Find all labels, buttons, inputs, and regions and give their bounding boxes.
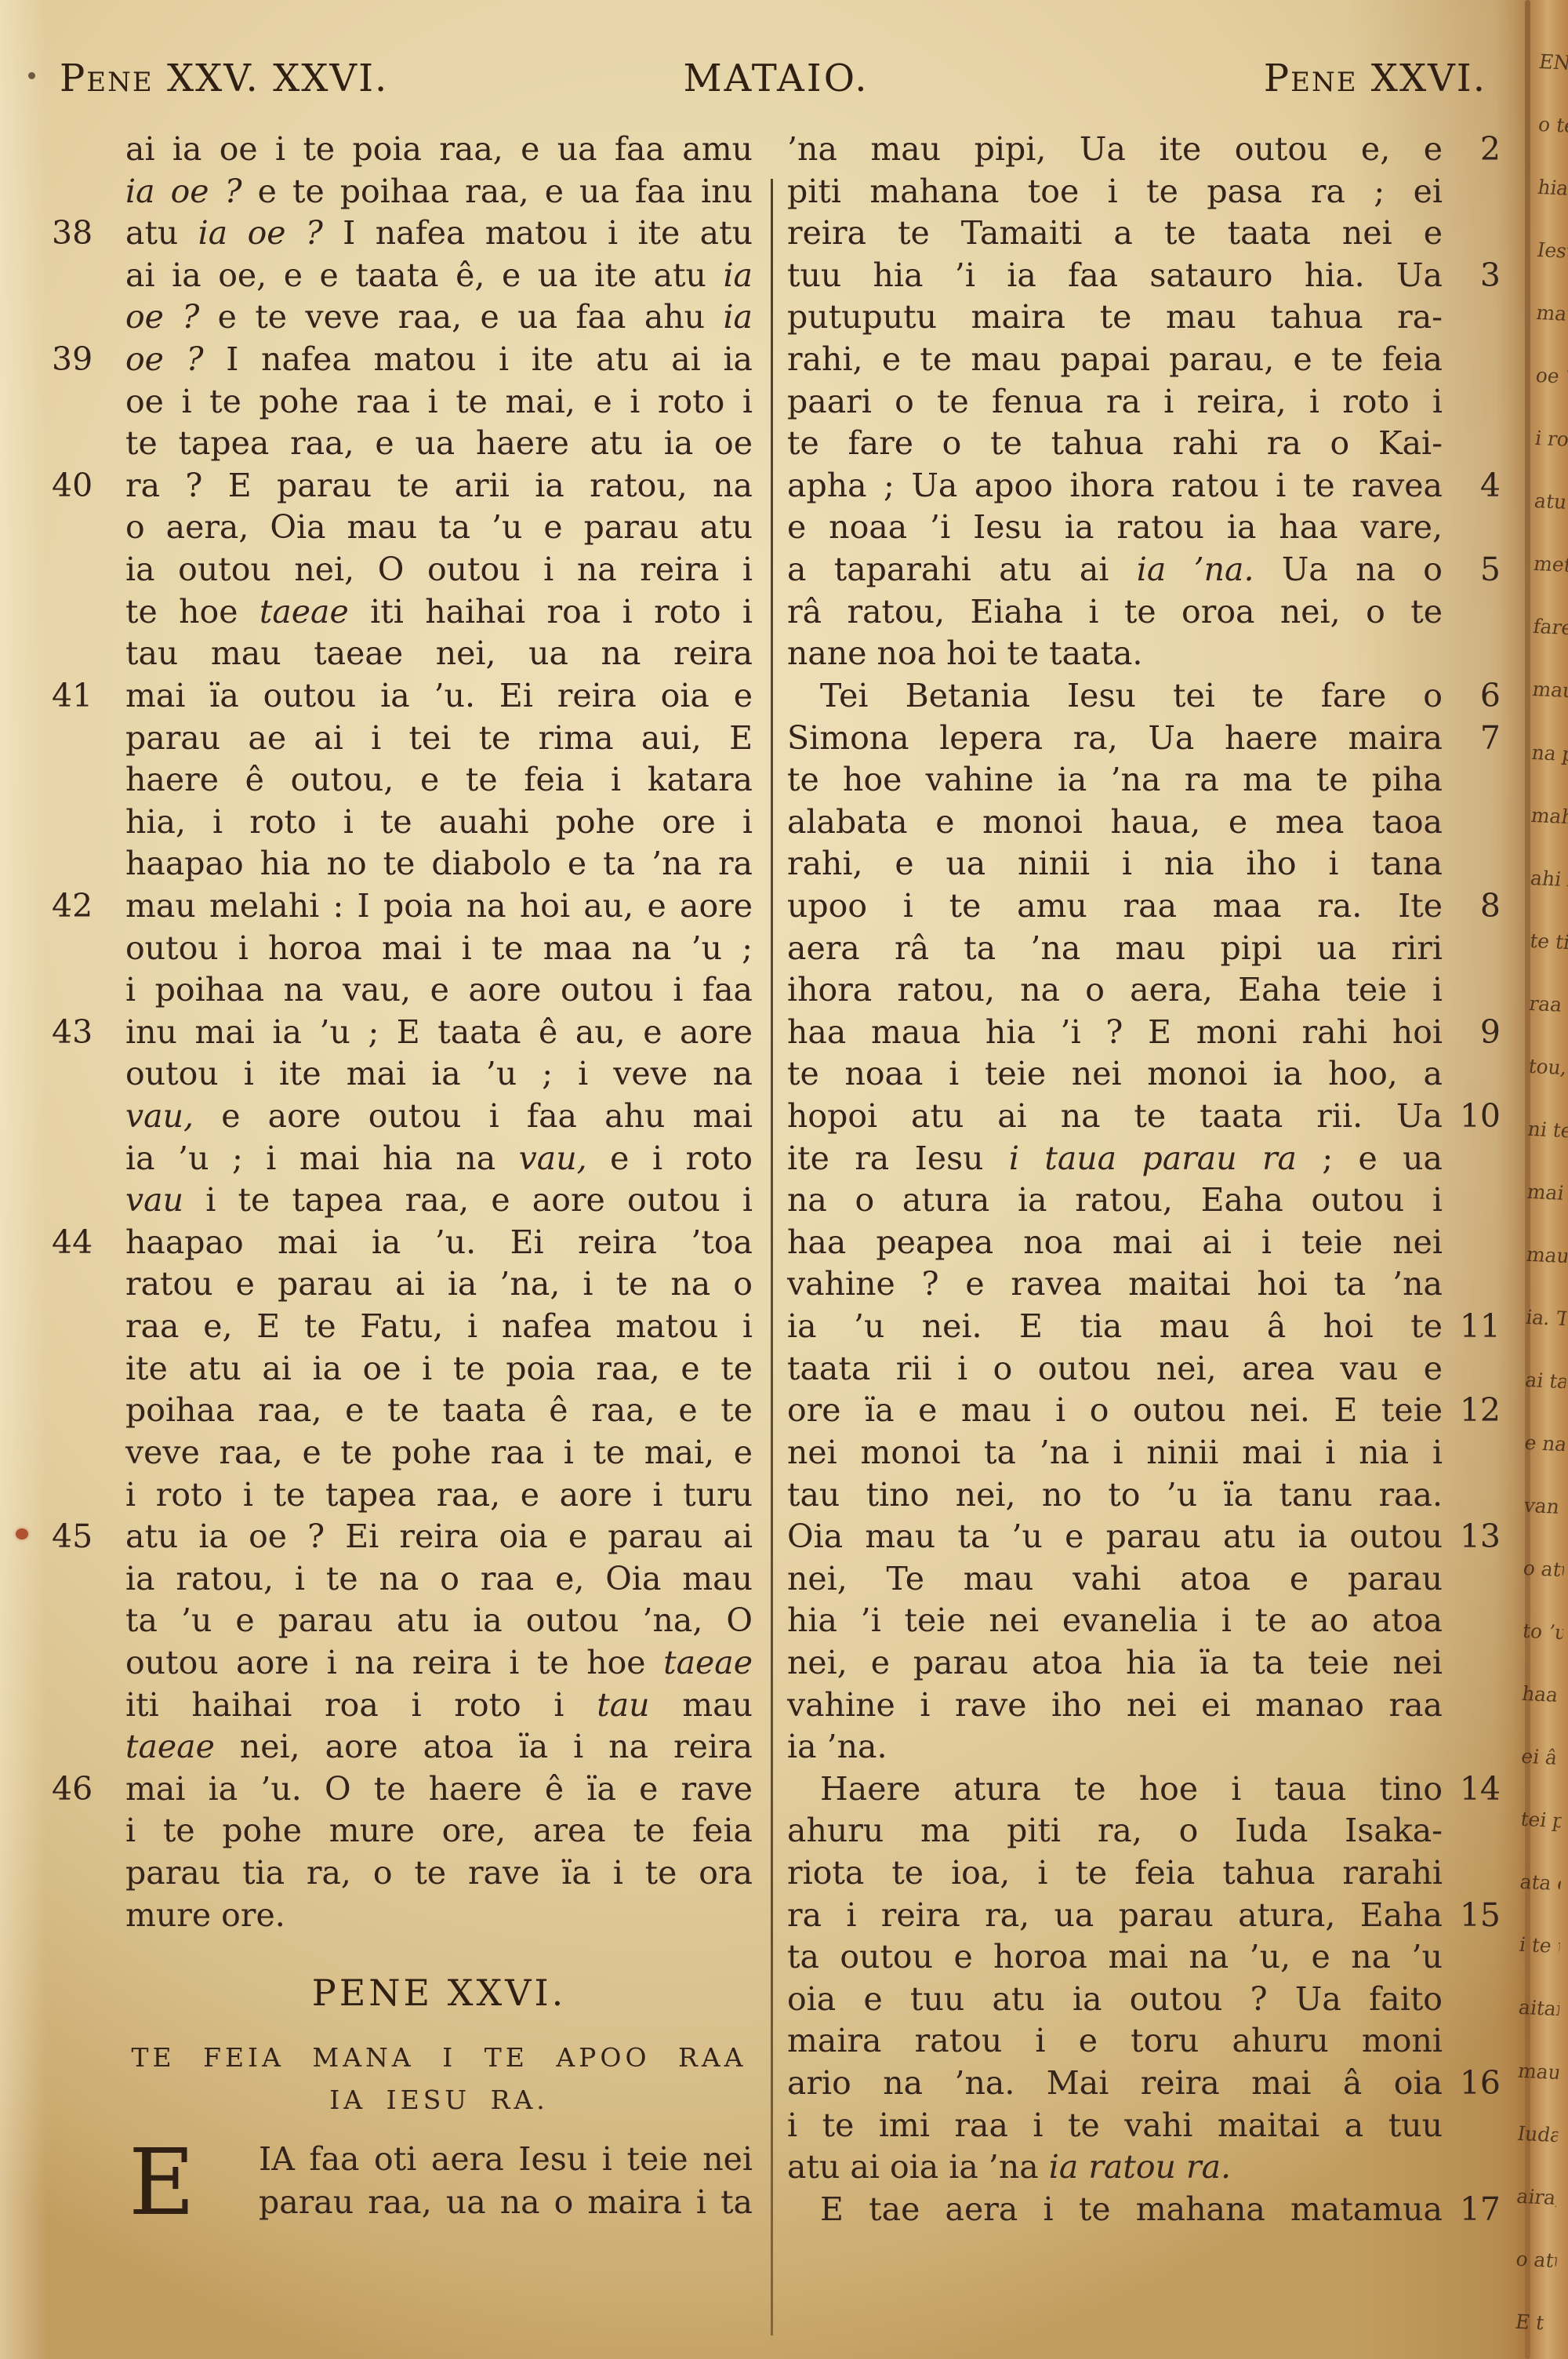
text-line: alabata e monoi haua, e mea taoa: [787, 801, 1443, 844]
text-line: i roto i te tapea raa, e aore i turu: [125, 1474, 753, 1517]
text-line: veve raa, e te pohe raa i te mai, e: [125, 1432, 753, 1474]
text-line: ra i reira ra, ua parau atura, Eaha15: [787, 1895, 1443, 1937]
text-line: outou i ite mai ia ’u ; i veve na: [125, 1053, 753, 1096]
verse-number: 16: [1460, 2063, 1501, 2105]
text-line: reira te Tamaiti a te taata nei e: [787, 213, 1443, 255]
chapter-heading: PENE XXVI.: [125, 1972, 753, 2014]
text-line: te hoe vahine ia ’na ra ma te piha: [787, 759, 1443, 801]
text-line: iti haihai roa i roto i tau mau: [125, 1685, 753, 1727]
edge-text-fragment: oe ?: [1534, 365, 1568, 388]
edge-text-fragment: ai tahi: [1523, 1369, 1567, 1393]
text-line: vau, e aore outou i faa ahu mai: [125, 1096, 753, 1138]
right-column-text: ’na mau pipi, Ua ite outou e, e2piti mah…: [787, 129, 1443, 2230]
text-line: ai ia oe, e e taata ê, e ua ite atu ia: [125, 255, 753, 297]
verse-number: 43: [52, 1012, 93, 1054]
edge-text-fragment: ni te: [1526, 1118, 1568, 1142]
text-line: oe i te pohe raa i te mai, e i roto i: [125, 381, 753, 423]
text-line: i te pohe mure ore, area te feia: [125, 1810, 753, 1852]
text-line: hia, i roto i te auahi pohe ore i: [125, 801, 753, 844]
text-line: piti mahana toe i te pasa ra ; ei: [787, 171, 1443, 213]
edge-text-fragment: metua,: [1532, 553, 1568, 576]
text-line: i te imi raa i te vahi maitai a tuu: [787, 2105, 1443, 2147]
edge-text-fragment: ahi iho: [1529, 867, 1568, 890]
text-line: nei monoi ta ’na i ninii mai i nia i: [787, 1432, 1443, 1474]
edge-text-fragment: ENE X: [1537, 52, 1568, 75]
text-line: mure ore.: [125, 1895, 753, 1937]
text-line: na o atura ia ratou, Eaha outou i: [787, 1179, 1443, 1222]
text-line: atu ia oe ? Ei reira oia e parau ai45: [125, 1516, 753, 1558]
edge-text-fragment: mau n: [1516, 2059, 1560, 2083]
edge-text-fragment: o te: [1537, 114, 1568, 137]
edge-text-fragment: tei pap: [1519, 1808, 1563, 1832]
next-page-edge: ENE Xo tehia rIesu rmauaoe ?i rotoatu ai…: [1496, 0, 1568, 2359]
edge-text-fragment: fare na: [1531, 616, 1568, 639]
text-line: a taparahi atu ai ia ’na. Ua na o5: [787, 549, 1443, 591]
text-line: oe ? I nafea matou i ite atu ai ia39: [125, 339, 753, 381]
edge-text-fragment: ia. T: [1524, 1307, 1568, 1330]
edge-text-fragment: maua: [1535, 302, 1568, 325]
text-line: te fare o te tahua rahi ra o Kai-: [787, 423, 1443, 465]
text-line: haa maua hia ’i ? E moni rahi hoi9: [787, 1012, 1443, 1054]
text-line: inu mai ia ’u ; E taata ê au, e aore43: [125, 1012, 753, 1054]
text-line: riota te ioa, i te feia tahua rarahi: [787, 1852, 1443, 1895]
verse-number: 40: [52, 465, 93, 507]
text-line: taata rii i o outou nei, area vau e: [787, 1348, 1443, 1390]
text-line: outou i horoa mai i te maa na ’u ;: [125, 928, 753, 970]
verse-number: 38: [52, 213, 93, 255]
edge-text-fragment: mai te: [1526, 1181, 1568, 1205]
text-line: ta outou e horoa mai na ’u, e na ’u: [787, 1936, 1443, 1979]
text-line: mai ïa outou ia ’u. Ei reira oia e41: [125, 675, 753, 718]
text-line: haa peapea noa mai ai i teie nei: [787, 1222, 1443, 1264]
text-line: E tae aera i te mahana matamua17: [787, 2189, 1443, 2231]
edge-text-fragment: ata e: [1519, 1871, 1563, 1895]
text-line: ia ’u ; i mai hia na vau, e i roto: [125, 1138, 753, 1180]
text-line: nane noa hoi te taata.: [787, 633, 1443, 675]
text-line: ia outou nei, O outou i na reira i: [125, 549, 753, 591]
text-line: parau tia ra, o te rave ïa i te ora: [125, 1852, 753, 1895]
edge-text-fragment: mahona: [1530, 804, 1568, 827]
edge-text-fragment: te tino: [1528, 930, 1568, 954]
verse-number: 6: [1447, 675, 1501, 718]
text-line: Tei Betania Iesu tei te fare o6: [787, 675, 1443, 718]
verse-number: 10: [1460, 1096, 1501, 1138]
text-line: parau raa, ua na o maira i ta: [259, 2181, 753, 2224]
running-head-right: Pene XXVI.: [1082, 56, 1486, 100]
text-line: mau melahi : I poia na hoi au, e aore42: [125, 885, 753, 928]
text-line: Simona lepera ra, Ua haere maira7: [787, 718, 1443, 760]
text-line: nei, e parau atoa hia ïa ta teie nei: [787, 1642, 1443, 1685]
text-line: ite atu ai ia oe i te poia raa, e te: [125, 1348, 753, 1390]
text-line: parau ae ai i tei te rima aui, E: [125, 718, 753, 760]
edge-text-fragment: i roto: [1534, 427, 1568, 451]
text-line: vau i te tapea raa, e aore outou i: [125, 1179, 753, 1222]
text-line: nei, Te mau vahi atoa e parau: [787, 1558, 1443, 1601]
verse-number: 44: [52, 1222, 93, 1264]
text-line: ’na mau pipi, Ua ite outou e, e2: [787, 129, 1443, 171]
text-line: tuu hia ’i ia faa satauro hia. Ua3: [787, 255, 1443, 297]
text-line: taeae nei, aore atoa ïa i na reira: [125, 1726, 753, 1768]
text-line: mai ia ’u. O te haere ê ïa e rave46: [125, 1768, 753, 1811]
running-head-left: Pene XXV. XXVI.: [60, 56, 388, 100]
verse-number: 45: [52, 1516, 93, 1558]
verse-number: 15: [1460, 1895, 1501, 1937]
chapter-opening-lines: IA faa oti aera Iesu i teie neiparau raa…: [259, 2138, 753, 2224]
text-line: vahine i rave iho nei ei manao raa: [787, 1685, 1443, 1727]
text-line: o aera, Oia mau ta ’u e parau atu: [125, 507, 753, 549]
edge-text-fragment: raa ma: [1527, 993, 1568, 1016]
text-line: atu ia oe ? I nafea matou i ite atu38: [125, 213, 753, 255]
text-line: hopoi atu ai na te taata rii. Ua10: [787, 1096, 1443, 1138]
text-line: tau tino nei, no to ’u ïa tanu raa.: [787, 1474, 1443, 1517]
edge-text-fragment: na pipi: [1530, 741, 1568, 765]
text-line: poihaa raa, e te taata ê raa, e te: [125, 1390, 753, 1432]
text-line: atu ai oia ia ’na ia ratou ra.: [787, 2146, 1443, 2189]
verse-number: 13: [1460, 1516, 1501, 1558]
edge-text-fragment: o atu: [1522, 1558, 1566, 1581]
text-line: ahuru ma piti ra, o Iuda Isaka-: [787, 1810, 1443, 1852]
text-line: râ ratou, Eiaha i te oroa nei, o te: [787, 591, 1443, 634]
text-line: paari o te fenua ra i reira, i roto i: [787, 381, 1443, 423]
text-line: ario na ’na. Mai reira mai â oia16: [787, 2063, 1443, 2105]
running-head-title: MATAIO.: [478, 56, 1074, 100]
text-line: ihora ratou, na o aera, Eaha teie i: [787, 969, 1443, 1012]
text-line: Haere atura te hoe i taua tino14: [787, 1768, 1443, 1811]
text-line: vahine ? e ravea maitai hoi ta ’na: [787, 1263, 1443, 1306]
text-line: rahi, e te mau papai parau, e te feia: [787, 339, 1443, 381]
next-page-text-fragments: ENE Xo tehia rIesu rmauaoe ?i rotoatu ai…: [1515, 52, 1568, 2334]
text-line: oe ? e te veve raa, e ua faa ahu ia: [125, 296, 753, 339]
edge-text-fragment: atu ai: [1533, 490, 1568, 514]
left-column-text: ai ia oe i te poia raa, e ua faa amuia o…: [125, 129, 753, 1936]
edge-text-fragment: Iuda: [1515, 2122, 1559, 2146]
verse-number: 12: [1460, 1390, 1501, 1432]
text-line: haapao mai ia ’u. Ei reira ’toa44: [125, 1222, 753, 1264]
edge-text-fragment: o atu: [1515, 2248, 1559, 2271]
edge-text-fragment: aira,: [1515, 2185, 1559, 2208]
text-line: raa e, E te Fatu, i nafea matou i: [125, 1306, 753, 1348]
chapter-subtitle-line2: IA IESU RA.: [125, 2085, 753, 2115]
verse-number: 17: [1427, 2189, 1501, 2231]
verse-number: 39: [52, 339, 93, 381]
text-line: ite ra Iesu i taua parau ra ; e ua: [787, 1138, 1443, 1180]
text-line: ia ’u nei. E tia mau â hoi te11: [787, 1306, 1443, 1348]
verse-number: 41: [52, 675, 93, 718]
text-line: e noaa ’i Iesu ia ratou ia haa vare,: [787, 507, 1443, 549]
book-page-scan: Pene XXV. XXVI. MATAIO. Pene XXVI. ai ia…: [0, 0, 1568, 2359]
text-line: aera râ ta ’na mau pipi ua riri: [787, 928, 1443, 970]
text-line: te tapea raa, e ua haere atu ia oe: [125, 423, 753, 465]
text-line: ia oe ? e te poihaa raa, e ua faa inu: [125, 171, 753, 213]
margin-mark: [16, 1528, 28, 1539]
text-line: hia ’i teie nei evanelia i te ao atoa: [787, 1600, 1443, 1642]
text-line: rahi, e ua ninii i nia iho i tana: [787, 843, 1443, 885]
text-line: Oia mau ta ’u e parau atu ia outou13: [787, 1516, 1443, 1558]
text-line: IA faa oti aera Iesu i teie nei: [259, 2138, 753, 2181]
ink-speck: [28, 72, 35, 79]
text-line: ia ratou, i te na o raa e, Oia mau: [125, 1558, 753, 1601]
text-line: ia ’na.: [787, 1726, 1443, 1768]
edge-text-fragment: tou, ua: [1526, 1056, 1568, 1079]
verse-number: 11: [1460, 1306, 1501, 1348]
text-line: ai ia oe i te poia raa, e ua faa amu: [125, 129, 753, 171]
text-line: apha ; Ua apoo ihora ratou i te ravea4: [787, 465, 1443, 507]
text-line: putuputu maira te mau tahua ra-: [787, 296, 1443, 339]
text-line: te hoe taeae iti haihai roa i roto i: [125, 591, 753, 634]
edge-text-fragment: mau pi: [1530, 678, 1568, 702]
edge-text-fragment: Iesu r: [1535, 239, 1568, 263]
text-line: upoo i te amu raa maa ra. Ite8: [787, 885, 1443, 928]
edge-text-fragment: i te ta: [1518, 1934, 1562, 1957]
text-line: ta ’u e parau atu ia outou ’na, O: [125, 1600, 753, 1642]
text-line: haapao hia no te diabolo e ta ’na ra: [125, 843, 753, 885]
edge-text-fragment: hia r: [1536, 176, 1568, 200]
verse-number: 46: [52, 1768, 93, 1811]
edge-text-fragment: e na o: [1523, 1432, 1566, 1456]
text-line: tau mau taeae nei, ua na reira: [125, 633, 753, 675]
chapter-subtitle-line1: TE FEIA MANA I TE APOO RAA: [125, 2042, 753, 2073]
edge-text-fragment: E t: [1515, 2310, 1558, 2334]
text-line: ra ? E parau te arii ia ratou, na40: [125, 465, 753, 507]
chapter-opening-paragraph: E IA faa oti aera Iesu i teie neiparau r…: [125, 2138, 753, 2224]
text-line: ratou e parau ai ia ’na, i te na o: [125, 1263, 753, 1306]
text-line: i poihaa na vau, e aore outou i faa: [125, 969, 753, 1012]
text-line: outou aore i na reira i te hoe taeae: [125, 1642, 753, 1685]
edge-text-fragment: haa: [1520, 1683, 1564, 1707]
text-line: ore ïa e mau i o outou nei. E teie12: [787, 1390, 1443, 1432]
text-line: te noaa i teie nei monoi ia hoo, a: [787, 1053, 1443, 1096]
text-line: maira ratou i e toru ahuru moni: [787, 2020, 1443, 2063]
verse-number: 14: [1427, 1768, 1501, 1811]
verse-number: 42: [52, 885, 93, 928]
edge-text-fragment: van ar: [1523, 1495, 1566, 1518]
text-line: haere ê outou, e te feia i katara: [125, 759, 753, 801]
edge-text-fragment: ei â ho: [1519, 1746, 1563, 1769]
text-line: oia e tuu atu ia outou ? Ua faito: [787, 1979, 1443, 2021]
edge-text-fragment: to ’u a: [1521, 1620, 1565, 1644]
edge-text-fragment: aitai: [1517, 1997, 1561, 2020]
column-divider-rule: [771, 179, 773, 2335]
edge-text-fragment: mau ta: [1525, 1244, 1568, 1267]
drop-cap: E: [129, 2144, 195, 2223]
